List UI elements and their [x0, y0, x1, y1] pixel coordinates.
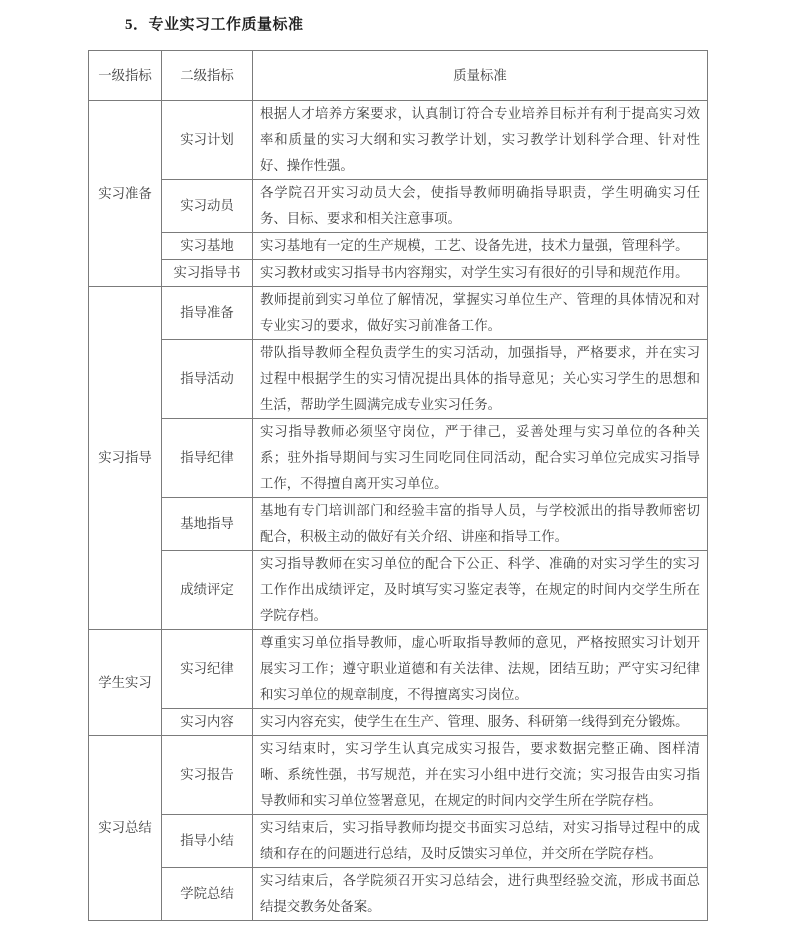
level1-cell-guidance: 实习指导 — [89, 287, 162, 630]
level2-cell: 指导纪律 — [162, 419, 253, 498]
level2-cell: 实习动员 — [162, 180, 253, 233]
standard-cell: 实习结束时，实习学生认真完成实习报告，要求数据完整正确、图样清晰、系统性强，书写… — [253, 736, 708, 815]
level2-cell: 指导准备 — [162, 287, 253, 340]
level1-cell-student-practice: 学生实习 — [89, 630, 162, 736]
table-row: 实习总结 实习报告 实习结束时，实习学生认真完成实习报告，要求数据完整正确、图样… — [89, 736, 708, 815]
level2-cell: 实习纪律 — [162, 630, 253, 709]
table-row: 指导纪律 实习指导教师必须坚守岗位，严于律己，妥善处理与实习单位的各种关系；驻外… — [89, 419, 708, 498]
level2-cell: 实习指导书 — [162, 260, 253, 287]
standard-cell: 各学院召开实习动员大会，使指导教师明确指导职责，学生明确实习任务、目标、要求和相… — [253, 180, 708, 233]
table-row: 实习准备 实习计划 根据人才培养方案要求，认真制订符合专业培养目标并有利于提高实… — [89, 101, 708, 180]
level2-cell: 成绩评定 — [162, 551, 253, 630]
table-row: 实习指导书 实习教材或实习指导书内容翔实，对学生实习有很好的引导和规范作用。 — [89, 260, 708, 287]
standard-cell: 教师提前到实习单位了解情况，掌握实习单位生产、管理的具体情况和对专业实习的要求，… — [253, 287, 708, 340]
level2-cell: 基地指导 — [162, 498, 253, 551]
standard-cell: 实习指导教师在实习单位的配合下公正、科学、准确的对实习学生的实习工作作出成绩评定… — [253, 551, 708, 630]
standard-cell: 实习基地有一定的生产规模，工艺、设备先进，技术力量强，管理科学。 — [253, 233, 708, 260]
table-row: 学生实习 实习纪律 尊重实习单位指导教师，虚心听取指导教师的意见，严格按照实习计… — [89, 630, 708, 709]
table-row: 指导活动 带队指导教师全程负责学生的实习活动，加强指导，严格要求，并在实习过程中… — [89, 340, 708, 419]
level2-cell: 实习内容 — [162, 709, 253, 736]
column-header-level1: 一级指标 — [89, 51, 162, 101]
standard-cell: 实习教材或实习指导书内容翔实，对学生实习有很好的引导和规范作用。 — [253, 260, 708, 287]
level2-cell: 实习基地 — [162, 233, 253, 260]
standard-cell: 实习内容充实，使学生在生产、管理、服务、科研第一线得到充分锻炼。 — [253, 709, 708, 736]
level2-cell: 指导小结 — [162, 815, 253, 868]
table-row: 实习动员 各学院召开实习动员大会，使指导教师明确指导职责，学生明确实习任务、目标… — [89, 180, 708, 233]
table-row: 基地指导 基地有专门培训部门和经验丰富的指导人员，与学校派出的指导教师密切配合，… — [89, 498, 708, 551]
standard-cell: 基地有专门培训部门和经验丰富的指导人员，与学校派出的指导教师密切配合，积极主动的… — [253, 498, 708, 551]
table-row: 实习指导 指导准备 教师提前到实习单位了解情况，掌握实习单位生产、管理的具体情况… — [89, 287, 708, 340]
page-title: 5．专业实习工作质量标准 — [125, 14, 795, 36]
level2-cell: 实习计划 — [162, 101, 253, 180]
level1-cell-summary: 实习总结 — [89, 736, 162, 921]
document-page: 5．专业实习工作质量标准 一级指标 二级指标 质量标准 实习准备 实习计划 根据… — [0, 0, 795, 939]
column-header-standard: 质量标准 — [253, 51, 708, 101]
level2-cell: 实习报告 — [162, 736, 253, 815]
standard-cell: 根据人才培养方案要求，认真制订符合专业培养目标并有利于提高实习效率和质量的实习大… — [253, 101, 708, 180]
table-header-row: 一级指标 二级指标 质量标准 — [89, 51, 708, 101]
table-row: 指导小结 实习结束后，实习指导教师均提交书面实习总结，对实习指导过程中的成绩和存… — [89, 815, 708, 868]
column-header-level2: 二级指标 — [162, 51, 253, 101]
standard-cell: 带队指导教师全程负责学生的实习活动，加强指导，严格要求，并在实习过程中根据学生的… — [253, 340, 708, 419]
standard-cell: 实习指导教师必须坚守岗位，严于律己，妥善处理与实习单位的各种关系；驻外指导期间与… — [253, 419, 708, 498]
level1-cell-preparation: 实习准备 — [89, 101, 162, 287]
table-row: 实习基地 实习基地有一定的生产规模，工艺、设备先进，技术力量强，管理科学。 — [89, 233, 708, 260]
level2-cell: 学院总结 — [162, 868, 253, 921]
quality-standards-table: 一级指标 二级指标 质量标准 实习准备 实习计划 根据人才培养方案要求，认真制订… — [88, 50, 708, 921]
table-row: 学院总结 实习结束后，各学院须召开实习总结会，进行典型经验交流，形成书面总结提交… — [89, 868, 708, 921]
standard-cell: 实习结束后，实习指导教师均提交书面实习总结，对实习指导过程中的成绩和存在的问题进… — [253, 815, 708, 868]
standard-cell: 尊重实习单位指导教师，虚心听取指导教师的意见，严格按照实习计划开展实习工作；遵守… — [253, 630, 708, 709]
table-row: 成绩评定 实习指导教师在实习单位的配合下公正、科学、准确的对实习学生的实习工作作… — [89, 551, 708, 630]
level2-cell: 指导活动 — [162, 340, 253, 419]
standard-cell: 实习结束后，各学院须召开实习总结会，进行典型经验交流，形成书面总结提交教务处备案… — [253, 868, 708, 921]
table-row: 实习内容 实习内容充实，使学生在生产、管理、服务、科研第一线得到充分锻炼。 — [89, 709, 708, 736]
